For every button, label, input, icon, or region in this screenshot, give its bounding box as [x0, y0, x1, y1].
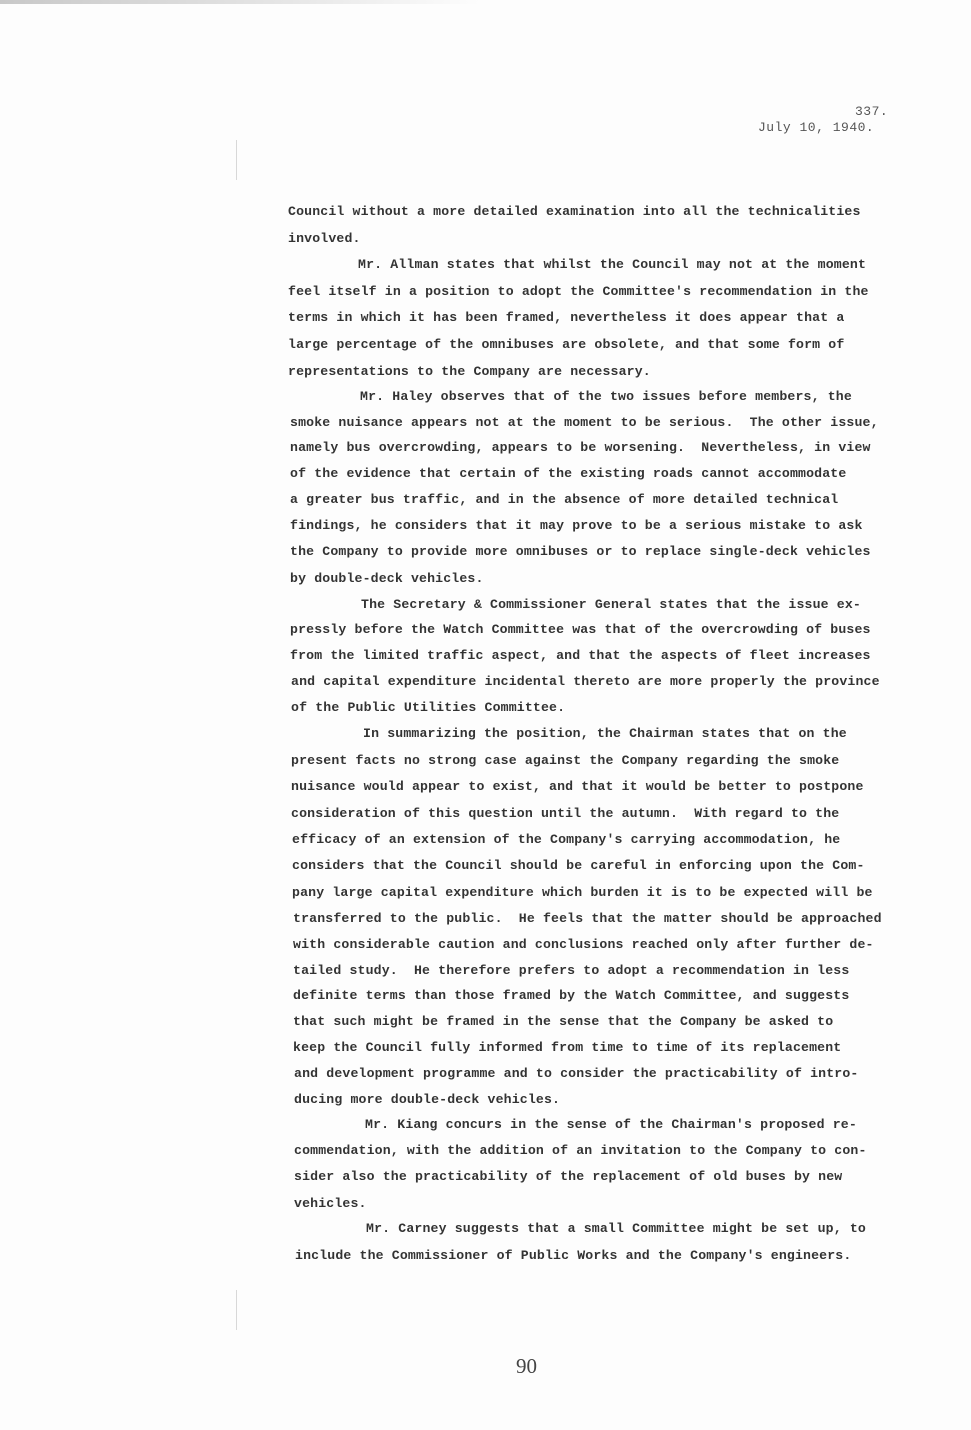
text-line: include the Commissioner of Public Works… [295, 1248, 851, 1263]
text-line: present facts no strong case against the… [291, 753, 839, 768]
text-line: keep the Council fully informed from tim… [293, 1040, 841, 1055]
text-line: terms in which it has been framed, never… [288, 310, 844, 325]
text-line: sider also the practicability of the rep… [294, 1169, 842, 1184]
text-line: commendation, with the addition of an in… [294, 1143, 867, 1158]
text-line: Mr. Carney suggests that a small Committ… [366, 1221, 866, 1236]
text-line: large percentage of the omnibuses are ob… [288, 337, 844, 352]
text-line: pressly before the Watch Committee was t… [290, 622, 871, 637]
page-number: 337. [855, 104, 888, 119]
text-line: by double-deck vehicles. [290, 571, 484, 586]
folio-number: 90 [516, 1354, 537, 1379]
text-line: considers that the Council should be car… [292, 858, 865, 873]
text-line: Mr. Kiang concurs in the sense of the Ch… [365, 1117, 857, 1132]
text-line: namely bus overcrowding, appears to be w… [290, 440, 871, 455]
text-line: of the Public Utilities Committee. [291, 700, 565, 715]
text-line: In summarizing the position, the Chairma… [363, 726, 847, 741]
text-line: nuisance would appear to exist, and that… [291, 779, 864, 794]
text-line: Mr. Allman states that whilst the Counci… [358, 257, 866, 272]
text-line: involved. [288, 231, 361, 246]
text-line: feel itself in a position to adopt the C… [288, 284, 869, 299]
text-line: and capital expenditure incidental there… [291, 674, 880, 689]
text-line: of the evidence that certain of the exis… [290, 466, 846, 481]
text-line: efficacy of an extension of the Company'… [292, 832, 840, 847]
text-line: from the limited traffic aspect, and tha… [290, 648, 871, 663]
text-line: the Company to provide more omnibuses or… [290, 544, 871, 559]
text-line: that such might be framed in the sense t… [293, 1014, 833, 1029]
text-line: vehicles. [294, 1196, 367, 1211]
text-line: findings, he considers that it may prove… [290, 518, 863, 533]
meeting-date: July 10, 1940. [758, 120, 874, 135]
text-line: transferred to the public. He feels that… [293, 911, 882, 926]
margin-mark [236, 1290, 237, 1330]
text-line: Mr. Haley observes that of the two issue… [360, 389, 852, 404]
text-line: The Secretary & Commissioner General sta… [361, 597, 861, 612]
text-line: and development programme and to conside… [294, 1066, 858, 1081]
text-line: a greater bus traffic, and in the absenc… [290, 492, 838, 507]
text-line: with considerable caution and conclusion… [293, 937, 874, 952]
text-line: representations to the Company are neces… [288, 364, 651, 379]
text-line: ducing more double-deck vehicles. [294, 1092, 560, 1107]
text-line: consideration of this question until the… [291, 806, 839, 821]
text-line: smoke nuisance appears not at the moment… [290, 415, 879, 430]
text-line: tailed study. He therefore prefers to ad… [293, 963, 849, 978]
scan-top-edge [0, 0, 480, 4]
text-line: pany large capital expenditure which bur… [292, 885, 873, 900]
margin-mark [236, 140, 237, 180]
text-line: Council without a more detailed examinat… [288, 204, 861, 219]
text-line: definite terms than those framed by the … [293, 988, 849, 1003]
